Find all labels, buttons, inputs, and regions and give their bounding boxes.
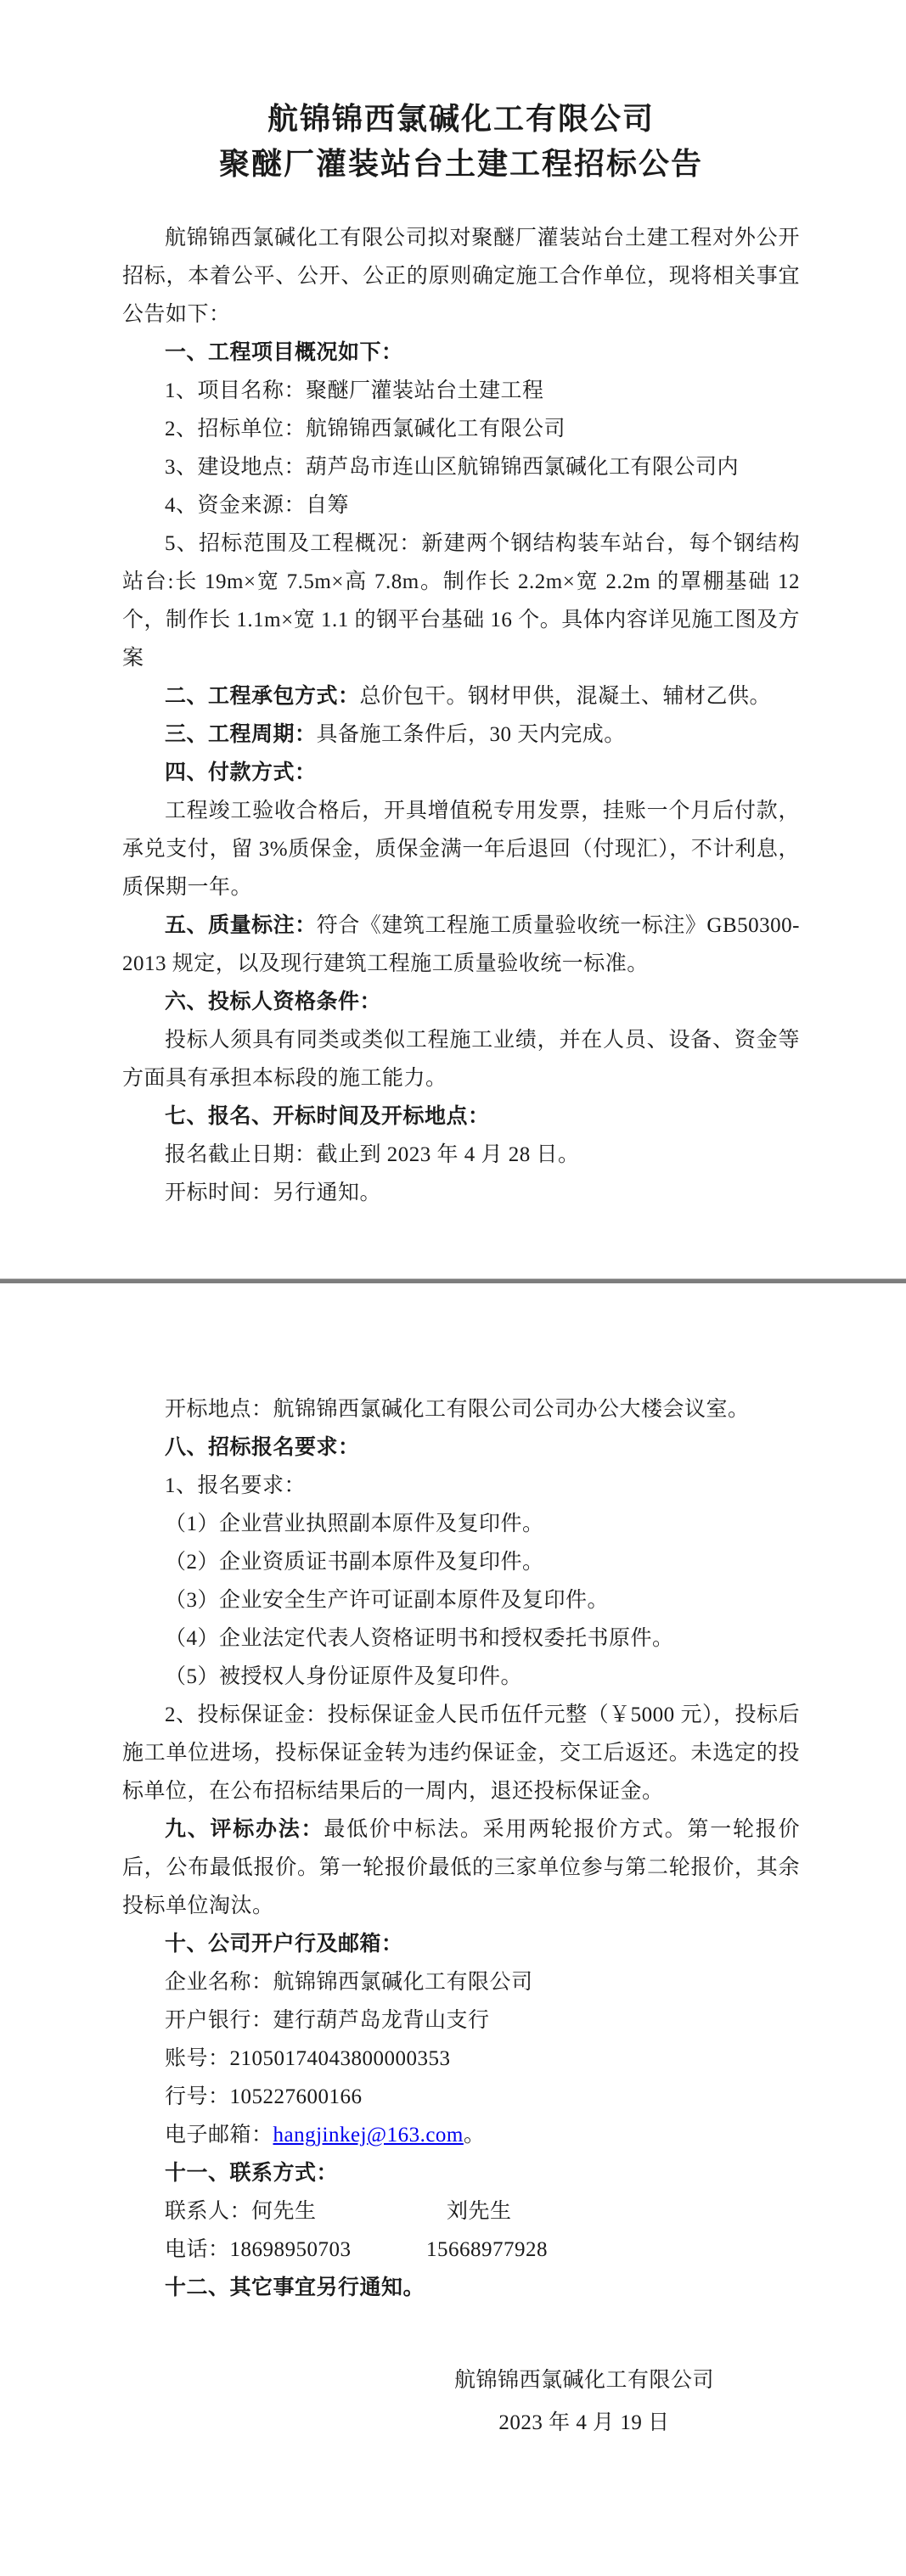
email-label: 电子邮箱： [165,2124,273,2147]
section10-heading: 十、公司开户行及邮箱： [122,1925,800,1963]
signature-block: 航锦锦西氯碱化工有限公司 2023 年 4 月 19 日 [122,2360,800,2444]
section5-quality: 五、质量标注：符合《建筑工程施工质量验收统一标注》GB50300-2013 规定… [122,906,800,983]
email-link[interactable]: hangjinkej@163.com [273,2124,464,2147]
section2-label: 二、工程承包方式： [165,685,360,708]
section9-evaluation: 九、评标办法：最低价中标法。采用两轮报价方式。第一轮报价后，公布最低报价。第一轮… [122,1810,800,1925]
page-2: 开标地点：航锦锦西氯碱化工有限公司公司办公大楼会议室。 八、招标报名要求： 1、… [0,1283,906,2576]
line-bank-number: 行号：105227600166 [122,2078,800,2116]
page-1: 航锦锦西氯碱化工有限公司 聚醚厂灌装站台土建工程招标公告 航锦锦西氯碱化工有限公… [0,0,906,1278]
section8-heading: 八、招标报名要求： [122,1428,800,1467]
tender-announcement-document: 航锦锦西氯碱化工有限公司 聚醚厂灌装站台土建工程招标公告 航锦锦西氯碱化工有限公… [0,0,906,2576]
item-tender-unit: 2、招标单位：航锦锦西氯碱化工有限公司 [122,410,800,448]
req-item-legal-rep-proof: （4）企业法定代表人资格证明书和授权委托书原件。 [122,1619,800,1658]
footer-company: 航锦锦西氯碱化工有限公司 [369,2360,800,2402]
doc-title-subject: 聚醚厂灌装站台土建工程招标公告 [122,142,800,187]
phone-number-2: 15668977928 [426,2238,548,2261]
doc-title-company: 航锦锦西氯碱化工有限公司 [122,97,800,142]
section9-label: 九、评标办法： [165,1818,324,1841]
page-1-body: 航锦锦西氯碱化工有限公司拟对聚醚厂灌装站台土建工程对外公开招标，本着公平、公开、… [122,219,800,1212]
req-item-business-license: （1）企业营业执照副本原件及复印件。 [122,1505,800,1543]
section1-heading: 一、工程项目概况如下： [122,334,800,372]
line-email: 电子邮箱：hangjinkej@163.com。 [122,2116,800,2154]
section5-label: 五、质量标注： [165,914,317,937]
email-suffix: 。 [464,2124,486,2147]
section3-label: 三、工程周期： [165,723,317,746]
item-scope-overview: 5、招标范围及工程概况：新建两个钢结构装车站台，每个钢结构站台:长 19m×宽 … [122,525,800,677]
req-item-safety-permit: （3）企业安全生产许可证副本原件及复印件。 [122,1581,800,1619]
line-company-name: 企业名称：航锦锦西氯碱化工有限公司 [122,1963,800,2001]
line-signup-deadline: 报名截止日期：截止到 2023 年 4 月 28 日。 [122,1136,800,1174]
req-item-id-card: （5）被授权人身份证原件及复印件。 [122,1658,800,1696]
qualification-paragraph: 投标人须具有同类或类似工程施工业绩，并在人员、设备、资金等方面具有承担本标段的施… [122,1021,800,1097]
line-bank-account: 账号：21050174043800000353 [122,2040,800,2078]
payment-paragraph: 工程竣工验收合格后，开具增值税专用发票，挂账一个月后付款，承兑支付，留 3%质保… [122,792,800,906]
line-phones: 电话：1869895070315668977928 [122,2231,800,2269]
line-signup-requirements: 1、报名要求： [122,1467,800,1505]
section2-text: 总价包干。钢材甲供，混凝土、辅材乙供。 [360,685,772,708]
section3-duration: 三、工程周期：具备施工条件后，30 天内完成。 [122,716,800,754]
section6-qualification-heading: 六、投标人资格条件： [122,983,800,1021]
intro-paragraph: 航锦锦西氯碱化工有限公司拟对聚醚厂灌装站台土建工程对外公开招标，本着公平、公开、… [122,219,800,334]
section11-heading: 十一、联系方式： [122,2154,800,2192]
item-funding-source: 4、资金来源：自筹 [122,486,800,525]
section3-text: 具备施工条件后，30 天内完成。 [317,723,626,746]
footer-date: 2023 年 4 月 19 日 [369,2402,800,2444]
section2-contract-method: 二、工程承包方式：总价包干。钢材甲供，混凝土、辅材乙供。 [122,677,800,716]
line-bank-branch: 开户银行：建行葫芦岛龙背山支行 [122,2001,800,2040]
req-item-qualification-cert: （2）企业资质证书副本原件及复印件。 [122,1543,800,1581]
line-contacts: 联系人：何先生刘先生 [122,2192,800,2231]
phone-number-1: 电话：18698950703 [165,2231,426,2269]
line-opening-place: 开标地点：航锦锦西氯碱化工有限公司公司办公大楼会议室。 [122,1390,800,1428]
line-bid-bond: 2、投标保证金：投标保证金人民币伍仟元整（￥5000 元），投标后施工单位进场，… [122,1696,800,1810]
item-construction-site: 3、建设地点：葫芦岛市连山区航锦锦西氯碱化工有限公司内 [122,448,800,486]
section12-heading: 十二、其它事宜另行通知。 [122,2269,800,2307]
section4-payment-heading: 四、付款方式： [122,754,800,792]
item-project-name: 1、项目名称：聚醚厂灌装站台土建工程 [122,372,800,410]
line-opening-time: 开标时间：另行通知。 [122,1174,800,1212]
contact-person-1: 联系人：何先生 [165,2192,447,2231]
section7-heading: 七、报名、开标时间及开标地点： [122,1097,800,1136]
contact-person-2: 刘先生 [447,2200,512,2223]
